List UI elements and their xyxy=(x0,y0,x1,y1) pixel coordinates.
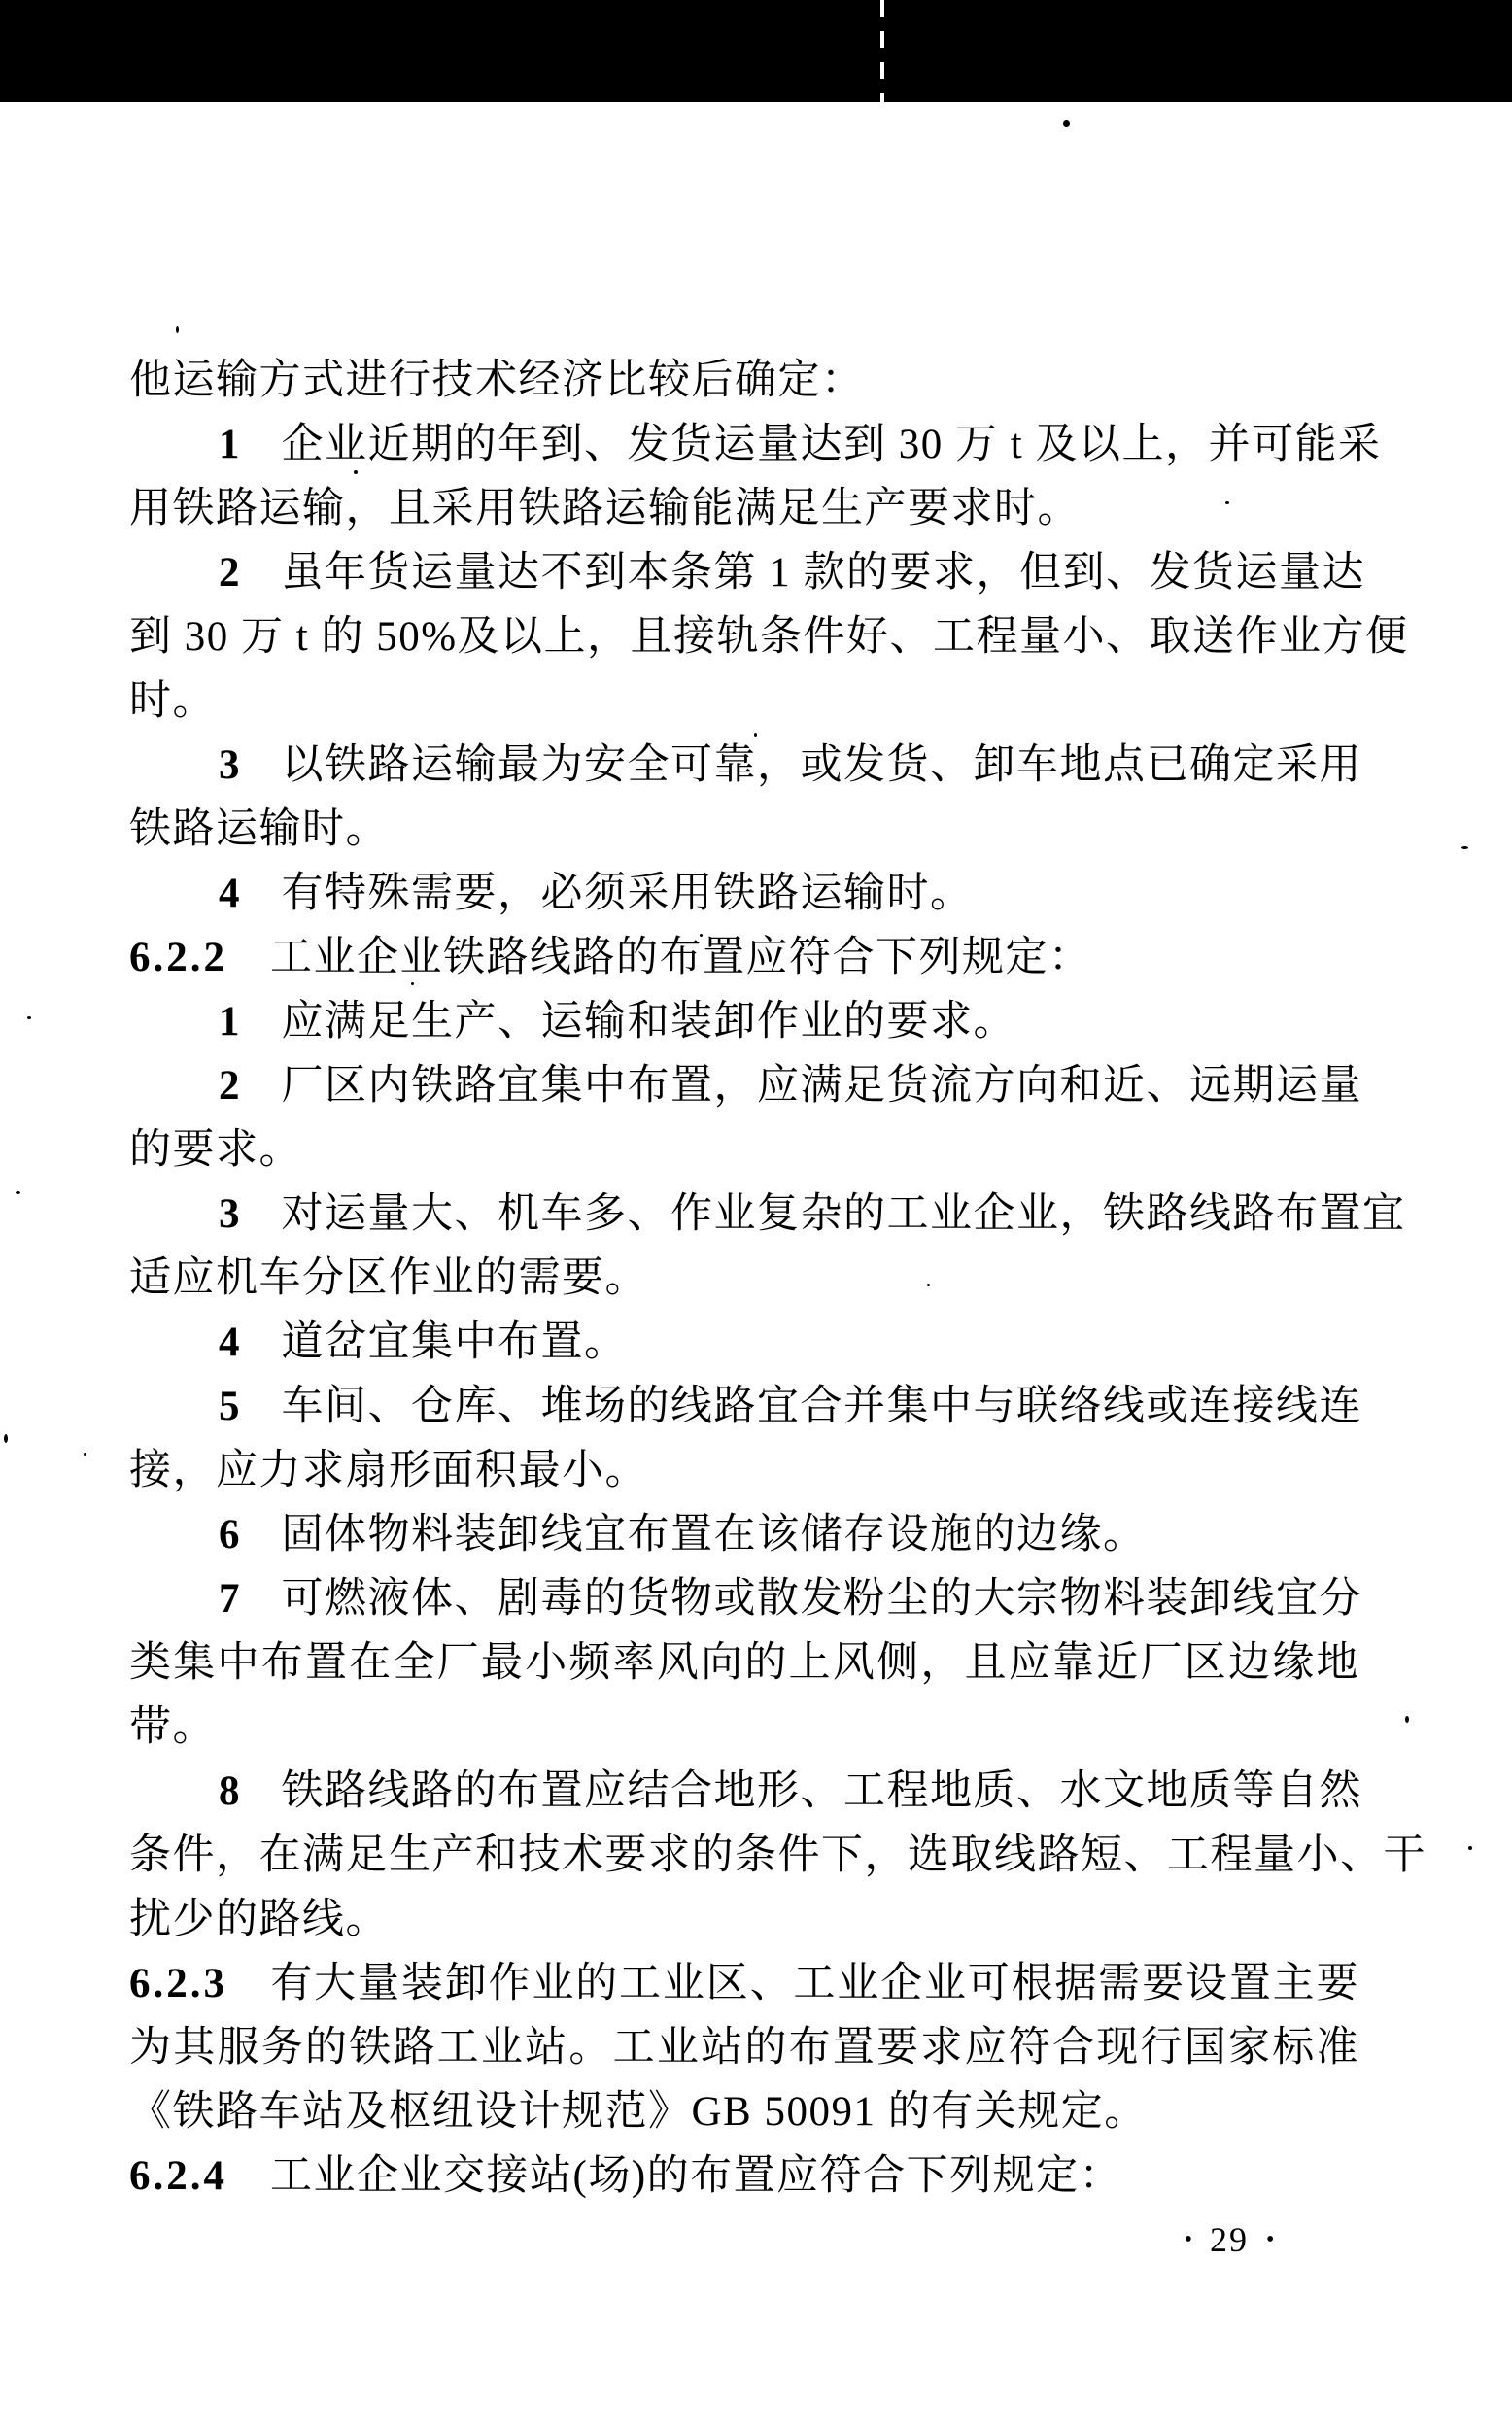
scan-speck xyxy=(354,470,358,474)
line-text: 接，应力求扇形面积最小。 xyxy=(129,1448,648,1493)
line-text: 时。 xyxy=(129,678,216,724)
clause-line: 6.2.2工业企业铁路线路的布置应符合下列规定： xyxy=(129,926,1359,990)
footer-dot-right: • xyxy=(1249,2228,1291,2251)
text-line: 他运输方式进行技术经济比较后确定： xyxy=(129,349,1359,413)
text-line: 2厂区内铁路宜集中布置，应满足货流方向和近、远期运量 xyxy=(129,1054,1359,1118)
line-text: 铁路运输时。 xyxy=(129,806,389,852)
line-text: 用铁路运输，且采用铁路运输能满足生产要求时。 xyxy=(129,486,1081,531)
line-text: 到 30 万 t 的 50%及以上，且接轨条件好、工程量小、取送作业方便 xyxy=(129,614,1409,660)
scanned-document-page: 他运输方式进行技术经济比较后确定：1企业近期的年到、发货运量达到 30 万 t … xyxy=(0,0,1512,2433)
text-line: 扰少的路线。 xyxy=(129,1888,1359,1952)
line-text: 虽年货运量达不到本条第 1 款的要求，但到、发货运量达 xyxy=(282,550,1366,596)
clause-number: 6.2.4 xyxy=(129,2153,227,2199)
line-text: 的要求。 xyxy=(129,1127,302,1173)
line-text: 铁路线路的布置应结合地形、工程地质、水文地质等自然 xyxy=(282,1768,1363,1814)
clause-line: 6.2.3有大量装卸作业的工业区、工业企业可根据需要设置主要 xyxy=(129,1952,1359,2016)
item-number: 2 xyxy=(219,550,243,596)
line-text: 适应机车分区作业的需要。 xyxy=(129,1255,648,1301)
scan-speck xyxy=(475,762,478,765)
scan-speck xyxy=(808,518,810,521)
text-line: 3对运量大、机车多、作业复杂的工业企业，铁路线路布置宜 xyxy=(129,1182,1359,1247)
item-number: 8 xyxy=(219,1768,243,1814)
text-line: 为其服务的铁路工业站。工业站的布置要求应符合现行国家标准 xyxy=(129,2016,1359,2080)
footer-dot-left: • xyxy=(1167,2228,1210,2251)
scan-speck xyxy=(754,733,757,737)
item-number: 5 xyxy=(219,1384,243,1429)
text-line: 4道岔宜集中布置。 xyxy=(129,1311,1359,1375)
text-line: 条件，在满足生产和技术要求的条件下，选取线路短、工程量小、干 xyxy=(129,1824,1359,1888)
item-number: 4 xyxy=(219,1319,243,1365)
line-text: 对运量大、机车多、作业复杂的工业企业，铁路线路布置宜 xyxy=(282,1191,1406,1237)
scan-speck xyxy=(411,982,414,985)
item-number: 1 xyxy=(219,422,243,467)
scan-speck xyxy=(1461,846,1468,849)
scan-speck xyxy=(176,326,179,333)
body-text-block: 他运输方式进行技术经济比较后确定：1企业近期的年到、发货运量达到 30 万 t … xyxy=(129,349,1359,2209)
clause-number: 6.2.3 xyxy=(129,1961,227,2006)
text-line: 用铁路运输，且采用铁路运输能满足生产要求时。 xyxy=(129,477,1359,541)
line-text: 他运输方式进行技术经济比较后确定： xyxy=(129,358,865,403)
scan-speck xyxy=(849,1086,852,1089)
scan-speck xyxy=(927,1284,930,1286)
line-text: 类集中布置在全厂最小频率风向的上风侧，且应靠近厂区边缘地 xyxy=(129,1640,1359,1686)
text-line: 适应机车分区作业的需要。 xyxy=(129,1247,1359,1311)
line-text: 《铁路车站及枢纽设计规范》GB 50091 的有关规定。 xyxy=(129,2089,1148,2135)
scan-speck xyxy=(1405,1716,1409,1723)
text-line: 接，应力求扇形面积最小。 xyxy=(129,1439,1359,1503)
item-number: 2 xyxy=(219,1063,243,1109)
line-text: 固体物料装卸线宜布置在该储存设施的边缘。 xyxy=(282,1512,1147,1558)
text-line: 类集中布置在全厂最小频率风向的上风侧，且应靠近厂区边缘地 xyxy=(129,1631,1359,1696)
item-number: 6 xyxy=(219,1512,243,1558)
scan-speck xyxy=(700,934,703,937)
page-footer: • 29 • xyxy=(1151,2218,1307,2261)
page-gutter-line xyxy=(880,0,884,102)
line-text: 为其服务的铁路工业站。工业站的布置要求应符合现行国家标准 xyxy=(129,2025,1359,2071)
text-line: 1企业近期的年到、发货运量达到 30 万 t 及以上，并可能采 xyxy=(129,413,1359,477)
text-line: 3以铁路运输最为安全可靠，或发货、卸车地点已确定采用 xyxy=(129,734,1359,798)
text-line: 《铁路车站及枢纽设计规范》GB 50091 的有关规定。 xyxy=(129,2080,1359,2144)
text-line: 6固体物料装卸线宜布置在该储存设施的边缘。 xyxy=(129,1503,1359,1567)
text-line: 时。 xyxy=(129,669,1359,734)
line-text: 车间、仓库、堆场的线路宜合并集中与联络线或连接线连 xyxy=(282,1384,1363,1429)
line-text: 工业企业交接站(场)的布置应符合下列规定： xyxy=(270,2153,1122,2199)
line-text: 道岔宜集中布置。 xyxy=(282,1319,628,1365)
line-text: 以铁路运输最为安全可靠，或发货、卸车地点已确定采用 xyxy=(282,742,1363,788)
scan-speck xyxy=(1225,501,1229,504)
line-text: 企业近期的年到、发货运量达到 30 万 t 及以上，并可能采 xyxy=(282,422,1382,467)
line-text: 可燃液体、剧毒的货物或散发粉尘的大宗物料装卸线宜分 xyxy=(282,1576,1363,1622)
page-number: 29 xyxy=(1210,2219,1249,2260)
item-number: 4 xyxy=(219,871,243,916)
line-text: 应满足生产、运输和装卸作业的要求。 xyxy=(282,999,1017,1045)
scan-speck xyxy=(16,1191,20,1194)
item-number: 3 xyxy=(219,1191,243,1237)
item-number: 3 xyxy=(219,742,243,788)
text-line: 5车间、仓库、堆场的线路宜合并集中与联络线或连接线连 xyxy=(129,1375,1359,1439)
scan-speck xyxy=(1468,1846,1472,1850)
line-text: 有大量装卸作业的工业区、工业企业可根据需要设置主要 xyxy=(270,1961,1359,2006)
text-line: 带。 xyxy=(129,1696,1359,1760)
line-text: 工业企业铁路线路的布置应符合下列规定： xyxy=(270,935,1092,980)
text-line: 7可燃液体、剧毒的货物或散发粉尘的大宗物料装卸线宜分 xyxy=(129,1567,1359,1631)
item-number: 1 xyxy=(219,999,243,1045)
line-text: 有特殊需要，必须采用铁路运输时。 xyxy=(282,871,974,916)
scan-speck xyxy=(84,1453,86,1456)
clause-number: 6.2.2 xyxy=(129,935,227,980)
text-line: 铁路运输时。 xyxy=(129,798,1359,862)
scan-speck xyxy=(27,1016,31,1019)
line-text: 厂区内铁路宜集中布置，应满足货流方向和近、远期运量 xyxy=(282,1063,1363,1109)
scan-black-band xyxy=(0,0,1512,102)
scan-speck xyxy=(4,1434,8,1443)
scan-speck xyxy=(1063,120,1070,127)
line-text: 扰少的路线。 xyxy=(129,1897,389,1942)
line-text: 带。 xyxy=(129,1704,216,1750)
text-line: 2虽年货运量达不到本条第 1 款的要求，但到、发货运量达 xyxy=(129,541,1359,605)
text-line: 1应满足生产、运输和装卸作业的要求。 xyxy=(129,990,1359,1054)
text-line: 到 30 万 t 的 50%及以上，且接轨条件好、工程量小、取送作业方便 xyxy=(129,605,1359,669)
text-line: 4有特殊需要，必须采用铁路运输时。 xyxy=(129,862,1359,926)
item-number: 7 xyxy=(219,1576,243,1622)
text-line: 8铁路线路的布置应结合地形、工程地质、水文地质等自然 xyxy=(129,1760,1359,1824)
line-text: 条件，在满足生产和技术要求的条件下，选取线路短、工程量小、干 xyxy=(129,1833,1426,1878)
text-line: 的要求。 xyxy=(129,1118,1359,1182)
clause-line: 6.2.4工业企业交接站(场)的布置应符合下列规定： xyxy=(129,2144,1359,2209)
